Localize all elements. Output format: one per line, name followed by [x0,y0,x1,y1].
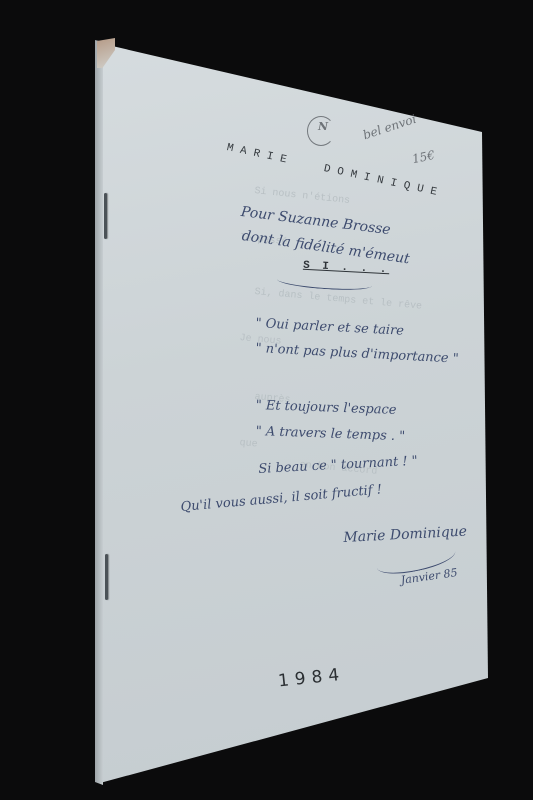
show-through-line: que [239,438,258,451]
page-stack-edge [95,40,103,785]
staple-bottom [105,554,108,600]
pencil-mark-letter: N [318,120,328,133]
staple-top [104,193,107,239]
